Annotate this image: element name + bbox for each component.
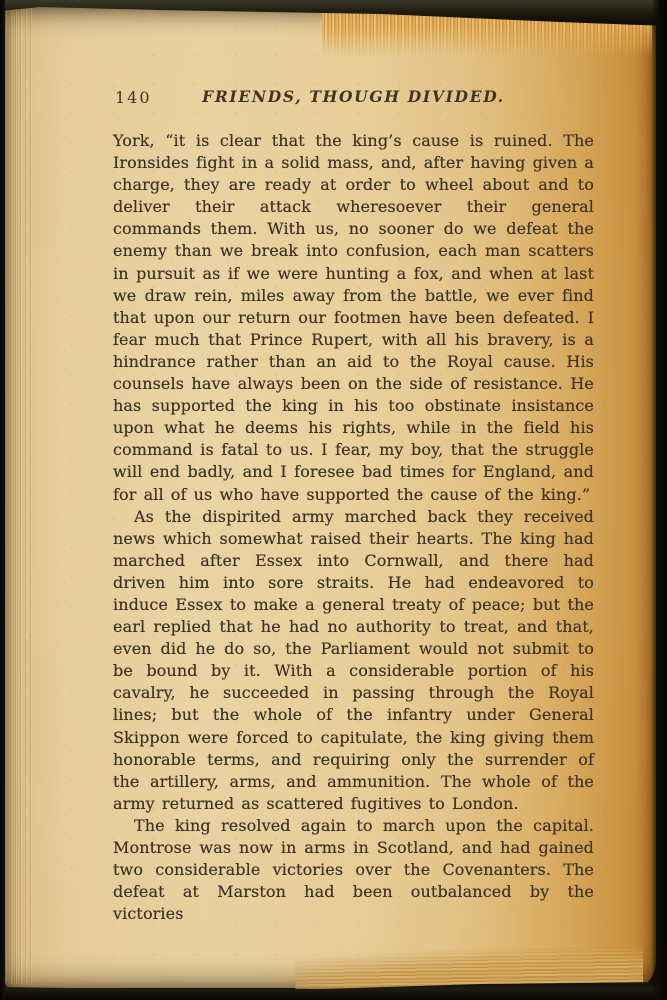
running-title: FRIENDS, THOUGH DIVIDED. [113, 87, 594, 106]
paragraph: York, “it is clear that the king’s cause… [113, 130, 594, 506]
page-text: York, “it is clear that the king’s cause… [113, 130, 594, 925]
book-scan: 140 FRIENDS, THOUGH DIVIDED. York, “it i… [0, 0, 667, 1000]
page-header: 140 FRIENDS, THOUGH DIVIDED. [113, 87, 594, 109]
paragraph: As the dispirited army marched back they… [113, 506, 594, 815]
scan-border-right [651, 0, 667, 1000]
page-stack-left-edge [5, 9, 32, 984]
paragraph: The king resolved again to march upon th… [113, 815, 594, 925]
scan-border-left [0, 0, 5, 1000]
